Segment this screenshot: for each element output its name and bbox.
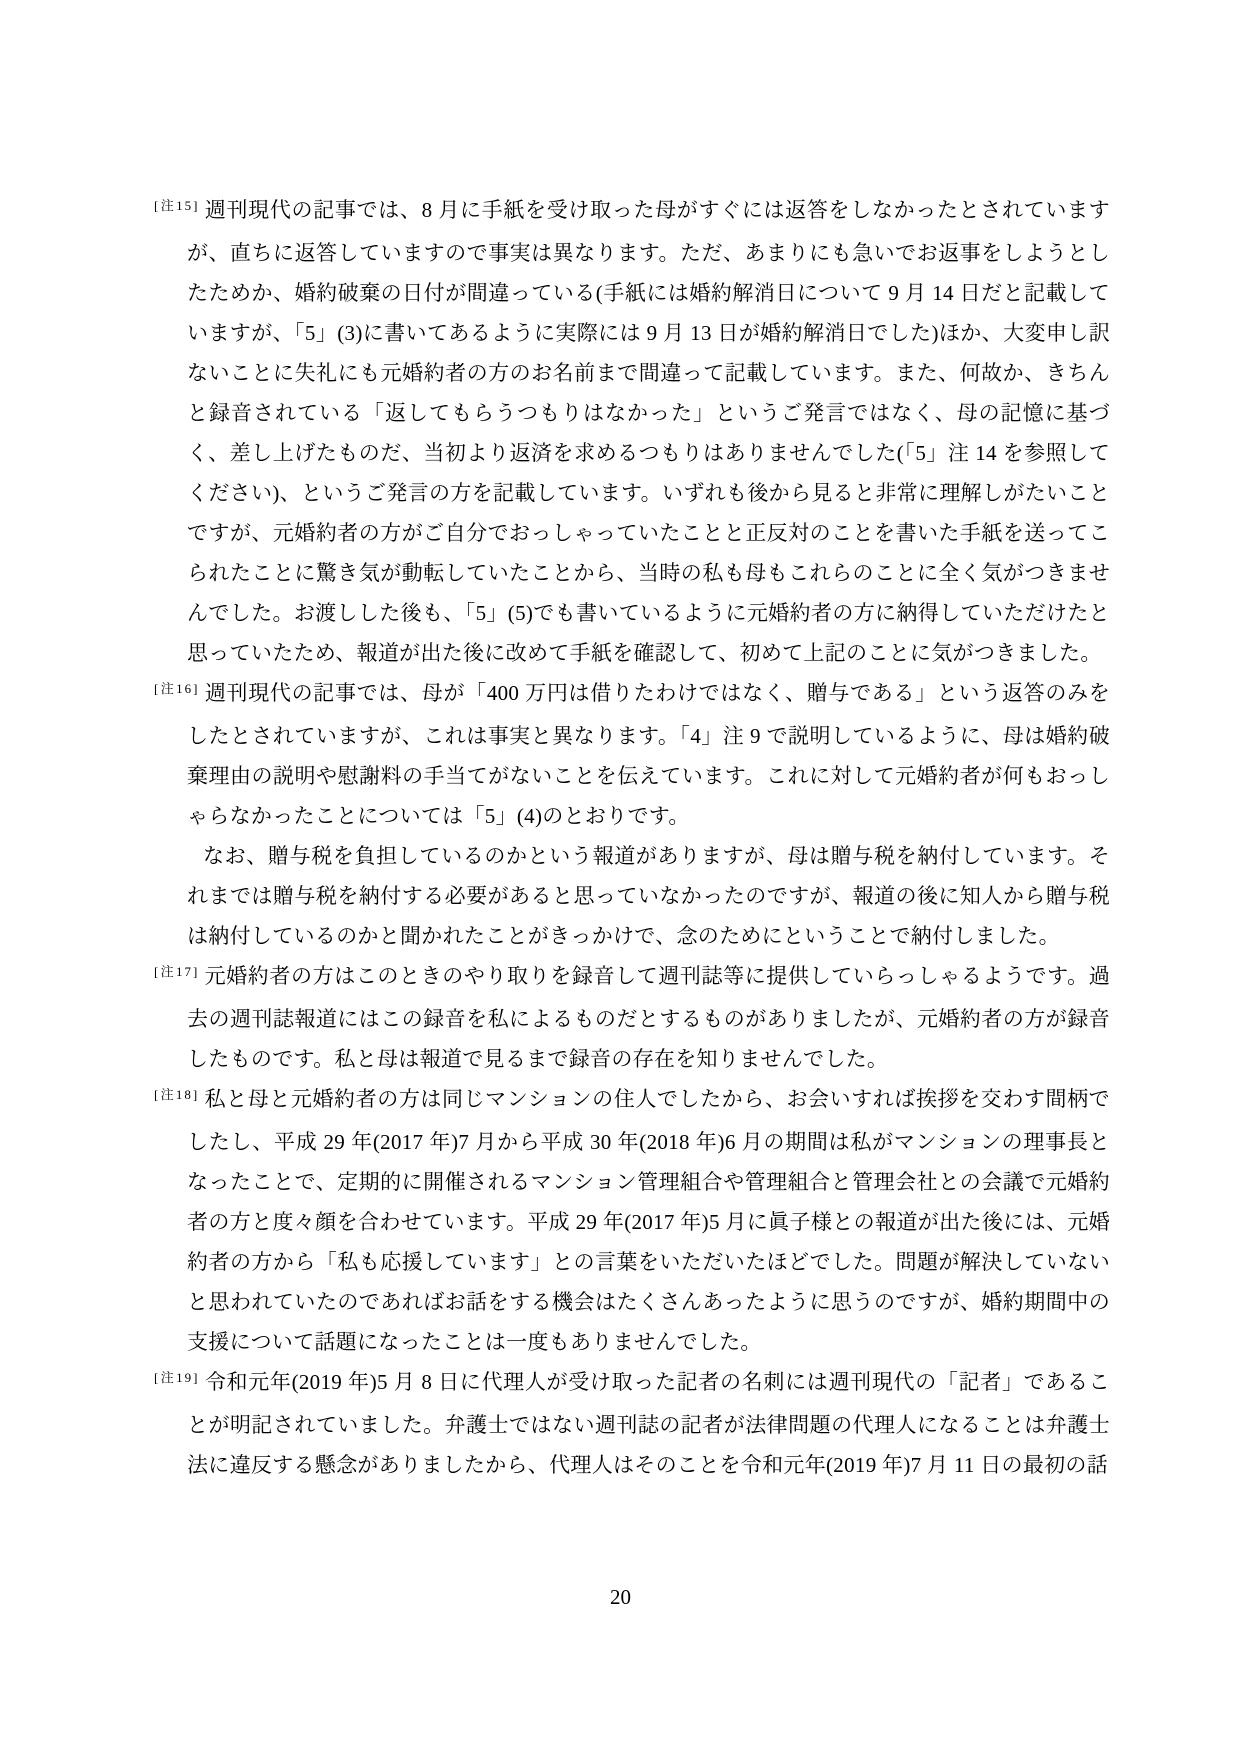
footnote-marker: [注17] [154,964,199,979]
footnote-text: 元婚約者の方はこのときのやり取りを録音して週刊誌等に提供していらっしゃるようです… [187,964,1110,1071]
page-number: 20 [0,1583,1241,1611]
footnote-paragraph: [注15]週刊現代の記事では、8 月に手紙を受け取った母がすぐには返答をしなかっ… [154,190,1110,673]
footnote-paragraph: [注18]私と母と元婚約者の方は同じマンションの住人でしたから、お会いすれば挨拶… [154,1079,1110,1362]
footnote-15: [注15]週刊現代の記事では、8 月に手紙を受け取った母がすぐには返答をしなかっ… [154,190,1110,673]
footnote-text: 週刊現代の記事では、8 月に手紙を受け取った母がすぐには返答をしなかったとされて… [187,198,1110,665]
footnote-marker: [注16] [154,681,199,696]
document-page: [注15]週刊現代の記事では、8 月に手紙を受け取った母がすぐには返答をしなかっ… [0,0,1241,1755]
footnote-text: 令和元年(2019 年)5 月 8 日に代理人が受け取った記者の名刺には週刊現代… [187,1370,1110,1477]
footnote-text: 私と母と元婚約者の方は同じマンションの住人でしたから、お会いすれば挨拶を交わす間… [187,1087,1110,1354]
footnote-paragraph: [注19]令和元年(2019 年)5 月 8 日に代理人が受け取った記者の名刺に… [154,1362,1110,1485]
footnote-16: [注16]週刊現代の記事では、母が「400 万円は借りたわけではなく、贈与である… [154,673,1110,956]
footnote-paragraph: [注17]元婚約者の方はこのときのやり取りを録音して週刊誌等に提供していらっしゃ… [154,956,1110,1079]
footnote-marker: [注18] [154,1087,199,1102]
footnote-18: [注18]私と母と元婚約者の方は同じマンションの住人でしたから、お会いすれば挨拶… [154,1079,1110,1362]
footnote-text: 週刊現代の記事では、母が「400 万円は借りたわけではなく、贈与である」という返… [187,681,1110,828]
footnote-paragraph: なお、贈与税を負担しているのかという報道がありますが、母は贈与税を納付しています… [154,836,1110,956]
footnote-17: [注17]元婚約者の方はこのときのやり取りを録音して週刊誌等に提供していらっしゃ… [154,956,1110,1079]
footnote-paragraph: [注16]週刊現代の記事では、母が「400 万円は借りたわけではなく、贈与である… [154,673,1110,836]
footnote-text: なお、贈与税を負担しているのかという報道がありますが、母は贈与税を納付しています… [187,844,1110,948]
footnote-marker: [注15] [154,198,199,213]
footnote-19: [注19]令和元年(2019 年)5 月 8 日に代理人が受け取った記者の名刺に… [154,1362,1110,1485]
footnote-marker: [注19] [154,1370,199,1385]
footnotes-section: [注15]週刊現代の記事では、8 月に手紙を受け取った母がすぐには返答をしなかっ… [154,190,1110,1485]
